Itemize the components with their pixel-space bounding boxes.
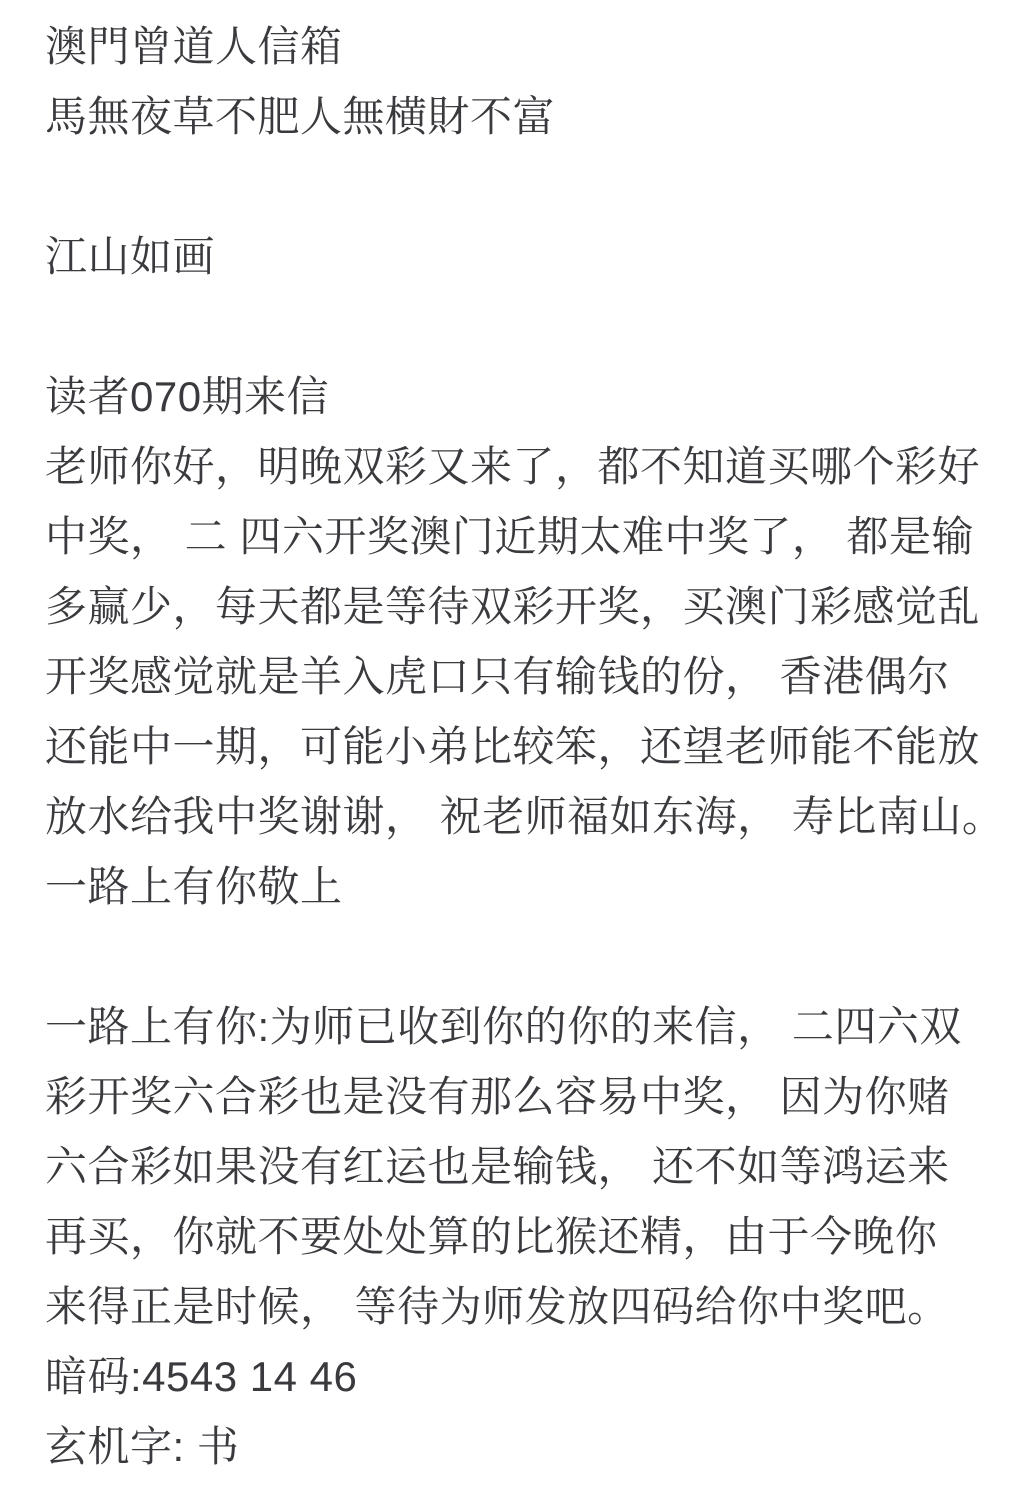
letter-body-line: 还能中一期，可能小弟比较笨，还望老师能不能放 xyxy=(45,712,992,782)
mystery-word-line: 玄机字: 书 xyxy=(45,1412,992,1482)
reply-body-line: 六合彩如果没有红运也是输钱， 还不如等鸿运来 xyxy=(45,1132,992,1202)
blank-line xyxy=(45,922,992,992)
letter-body-line: 放水给我中奖谢谢， 祝老师福如东海， 寿比南山。 xyxy=(45,782,992,852)
letter-body-line: 多赢少，每天都是等待双彩开奖，买澳门彩感觉乱 xyxy=(45,572,992,642)
letter-signature: 一路上有你敬上 xyxy=(45,852,992,922)
blank-line xyxy=(45,152,992,222)
letter-body-line: 中奖， 二 四六开奖澳门近期太难中奖了， 都是输 xyxy=(45,502,992,572)
document-body: 澳門曾道人信箱 馬無夜草不肥人無横財不富 江山如画 读者070期来信 老师你好，… xyxy=(0,0,1012,1500)
letter-body-line: 开奖感觉就是羊入虎口只有输钱的份， 香港偶尔 xyxy=(45,642,992,712)
proverb-line: 馬無夜草不肥人無横財不富 xyxy=(45,82,992,152)
letter-heading: 读者070期来信 xyxy=(45,362,992,432)
reply-body-line: 来得正是时候， 等待为师发放四码给你中奖吧。 xyxy=(45,1272,992,1342)
reply-body-line: 彩开奖六合彩也是没有那么容易中奖， 因为你赌 xyxy=(45,1062,992,1132)
page-title: 澳門曾道人信箱 xyxy=(45,12,992,82)
page: { "page": { "width": 1012, "height": 150… xyxy=(0,0,1012,1500)
reply-body-line: 再买，你就不要处处算的比猴还精，由于今晚你 xyxy=(45,1202,992,1272)
blank-line xyxy=(45,292,992,362)
reply-body-line: 一路上有你:为师已收到你的你的来信， 二四六双 xyxy=(45,992,992,1062)
pen-name: 江山如画 xyxy=(45,222,992,292)
secret-code-line: 暗码:4543 14 46 xyxy=(45,1342,992,1412)
letter-body-line: 老师你好，明晚双彩又来了，都不知道买哪个彩好 xyxy=(45,432,992,502)
